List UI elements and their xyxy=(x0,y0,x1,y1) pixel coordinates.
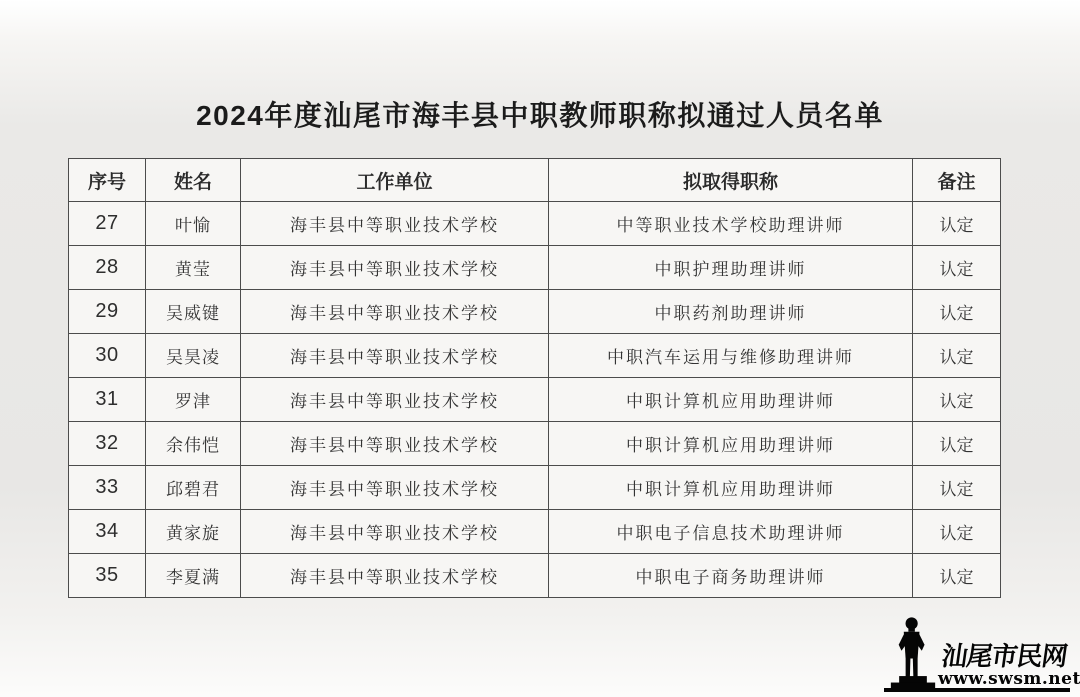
cell-name: 吴昊凌 xyxy=(146,334,241,378)
watermark-underline xyxy=(884,688,1070,692)
cell-serial: 27 xyxy=(69,202,146,246)
cell-serial: 35 xyxy=(69,554,146,598)
header-serial: 序号 xyxy=(69,159,146,202)
cell-work-unit: 海丰县中等职业技术学校 xyxy=(241,290,549,334)
cell-serial: 29 xyxy=(69,290,146,334)
cell-work-unit: 海丰县中等职业技术学校 xyxy=(241,422,549,466)
header-proposed-title: 拟取得职称 xyxy=(549,159,913,202)
cell-serial: 33 xyxy=(69,466,146,510)
header-remark: 备注 xyxy=(913,159,1001,202)
cell-proposed-title: 中职电子信息技术助理讲师 xyxy=(549,510,913,554)
cell-remark: 认定 xyxy=(913,246,1001,290)
cell-name: 邱碧君 xyxy=(146,466,241,510)
cell-remark: 认定 xyxy=(913,554,1001,598)
table-row: 33 邱碧君 海丰县中等职业技术学校 中职计算机应用助理讲师 认定 xyxy=(69,466,1001,510)
person-statue-icon xyxy=(888,617,938,689)
cell-work-unit: 海丰县中等职业技术学校 xyxy=(241,246,549,290)
cell-remark: 认定 xyxy=(913,334,1001,378)
roster-table: 序号 姓名 工作单位 拟取得职称 备注 27 叶愉 海丰县中等职业技术学校 中等… xyxy=(68,158,1001,598)
table-header-row: 序号 姓名 工作单位 拟取得职称 备注 xyxy=(69,159,1001,202)
cell-name: 罗津 xyxy=(146,378,241,422)
cell-name: 叶愉 xyxy=(146,202,241,246)
table-row: 31 罗津 海丰县中等职业技术学校 中职计算机应用助理讲师 认定 xyxy=(69,378,1001,422)
cell-serial: 28 xyxy=(69,246,146,290)
cell-name: 黄莹 xyxy=(146,246,241,290)
cell-proposed-title: 中职计算机应用助理讲师 xyxy=(549,422,913,466)
table-row: 35 李夏满 海丰县中等职业技术学校 中职电子商务助理讲师 认定 xyxy=(69,554,1001,598)
table-row: 32 余伟恺 海丰县中等职业技术学校 中职计算机应用助理讲师 认定 xyxy=(69,422,1001,466)
cell-remark: 认定 xyxy=(913,378,1001,422)
cell-proposed-title: 中职计算机应用助理讲师 xyxy=(549,466,913,510)
table-row: 28 黄莹 海丰县中等职业技术学校 中职护理助理讲师 认定 xyxy=(69,246,1001,290)
cell-work-unit: 海丰县中等职业技术学校 xyxy=(241,510,549,554)
cell-remark: 认定 xyxy=(913,202,1001,246)
cell-remark: 认定 xyxy=(913,290,1001,334)
cell-name: 吴威键 xyxy=(146,290,241,334)
site-name-calligraphy: 汕尾市民网 xyxy=(936,644,1072,671)
cell-proposed-title: 中职药剂助理讲师 xyxy=(549,290,913,334)
cell-serial: 31 xyxy=(69,378,146,422)
cell-name: 余伟恺 xyxy=(146,422,241,466)
table-row: 27 叶愉 海丰县中等职业技术学校 中等职业技术学校助理讲师 认定 xyxy=(69,202,1001,246)
cell-work-unit: 海丰县中等职业技术学校 xyxy=(241,378,549,422)
cell-proposed-title: 中职护理助理讲师 xyxy=(549,246,913,290)
table-row: 34 黄家旋 海丰县中等职业技术学校 中职电子信息技术助理讲师 认定 xyxy=(69,510,1001,554)
cell-remark: 认定 xyxy=(913,422,1001,466)
cell-serial: 34 xyxy=(69,510,146,554)
document-page: 2024年度汕尾市海丰县中职教师职称拟通过人员名单 序号 姓名 工作单位 拟取得… xyxy=(0,0,1080,697)
cell-work-unit: 海丰县中等职业技术学校 xyxy=(241,466,549,510)
cell-remark: 认定 xyxy=(913,466,1001,510)
header-work-unit: 工作单位 xyxy=(241,159,549,202)
cell-proposed-title: 中职计算机应用助理讲师 xyxy=(549,378,913,422)
page-title: 2024年度汕尾市海丰县中职教师职称拟通过人员名单 xyxy=(0,94,1080,134)
site-watermark: 汕尾市民网 www.swsm.net xyxy=(882,615,1072,695)
cell-name: 李夏满 xyxy=(146,554,241,598)
cell-proposed-title: 中职汽车运用与维修助理讲师 xyxy=(549,334,913,378)
table-row: 30 吴昊凌 海丰县中等职业技术学校 中职汽车运用与维修助理讲师 认定 xyxy=(69,334,1001,378)
cell-work-unit: 海丰县中等职业技术学校 xyxy=(241,334,549,378)
cell-serial: 30 xyxy=(69,334,146,378)
cell-name: 黄家旋 xyxy=(146,510,241,554)
cell-serial: 32 xyxy=(69,422,146,466)
cell-work-unit: 海丰县中等职业技术学校 xyxy=(241,202,549,246)
site-url-text: www.swsm.net xyxy=(938,671,1070,688)
header-name: 姓名 xyxy=(146,159,241,202)
table-row: 29 吴威键 海丰县中等职业技术学校 中职药剂助理讲师 认定 xyxy=(69,290,1001,334)
cell-remark: 认定 xyxy=(913,510,1001,554)
cell-work-unit: 海丰县中等职业技术学校 xyxy=(241,554,549,598)
cell-proposed-title: 中等职业技术学校助理讲师 xyxy=(549,202,913,246)
cell-proposed-title: 中职电子商务助理讲师 xyxy=(549,554,913,598)
watermark-text-block: 汕尾市民网 www.swsm.net xyxy=(938,644,1070,688)
